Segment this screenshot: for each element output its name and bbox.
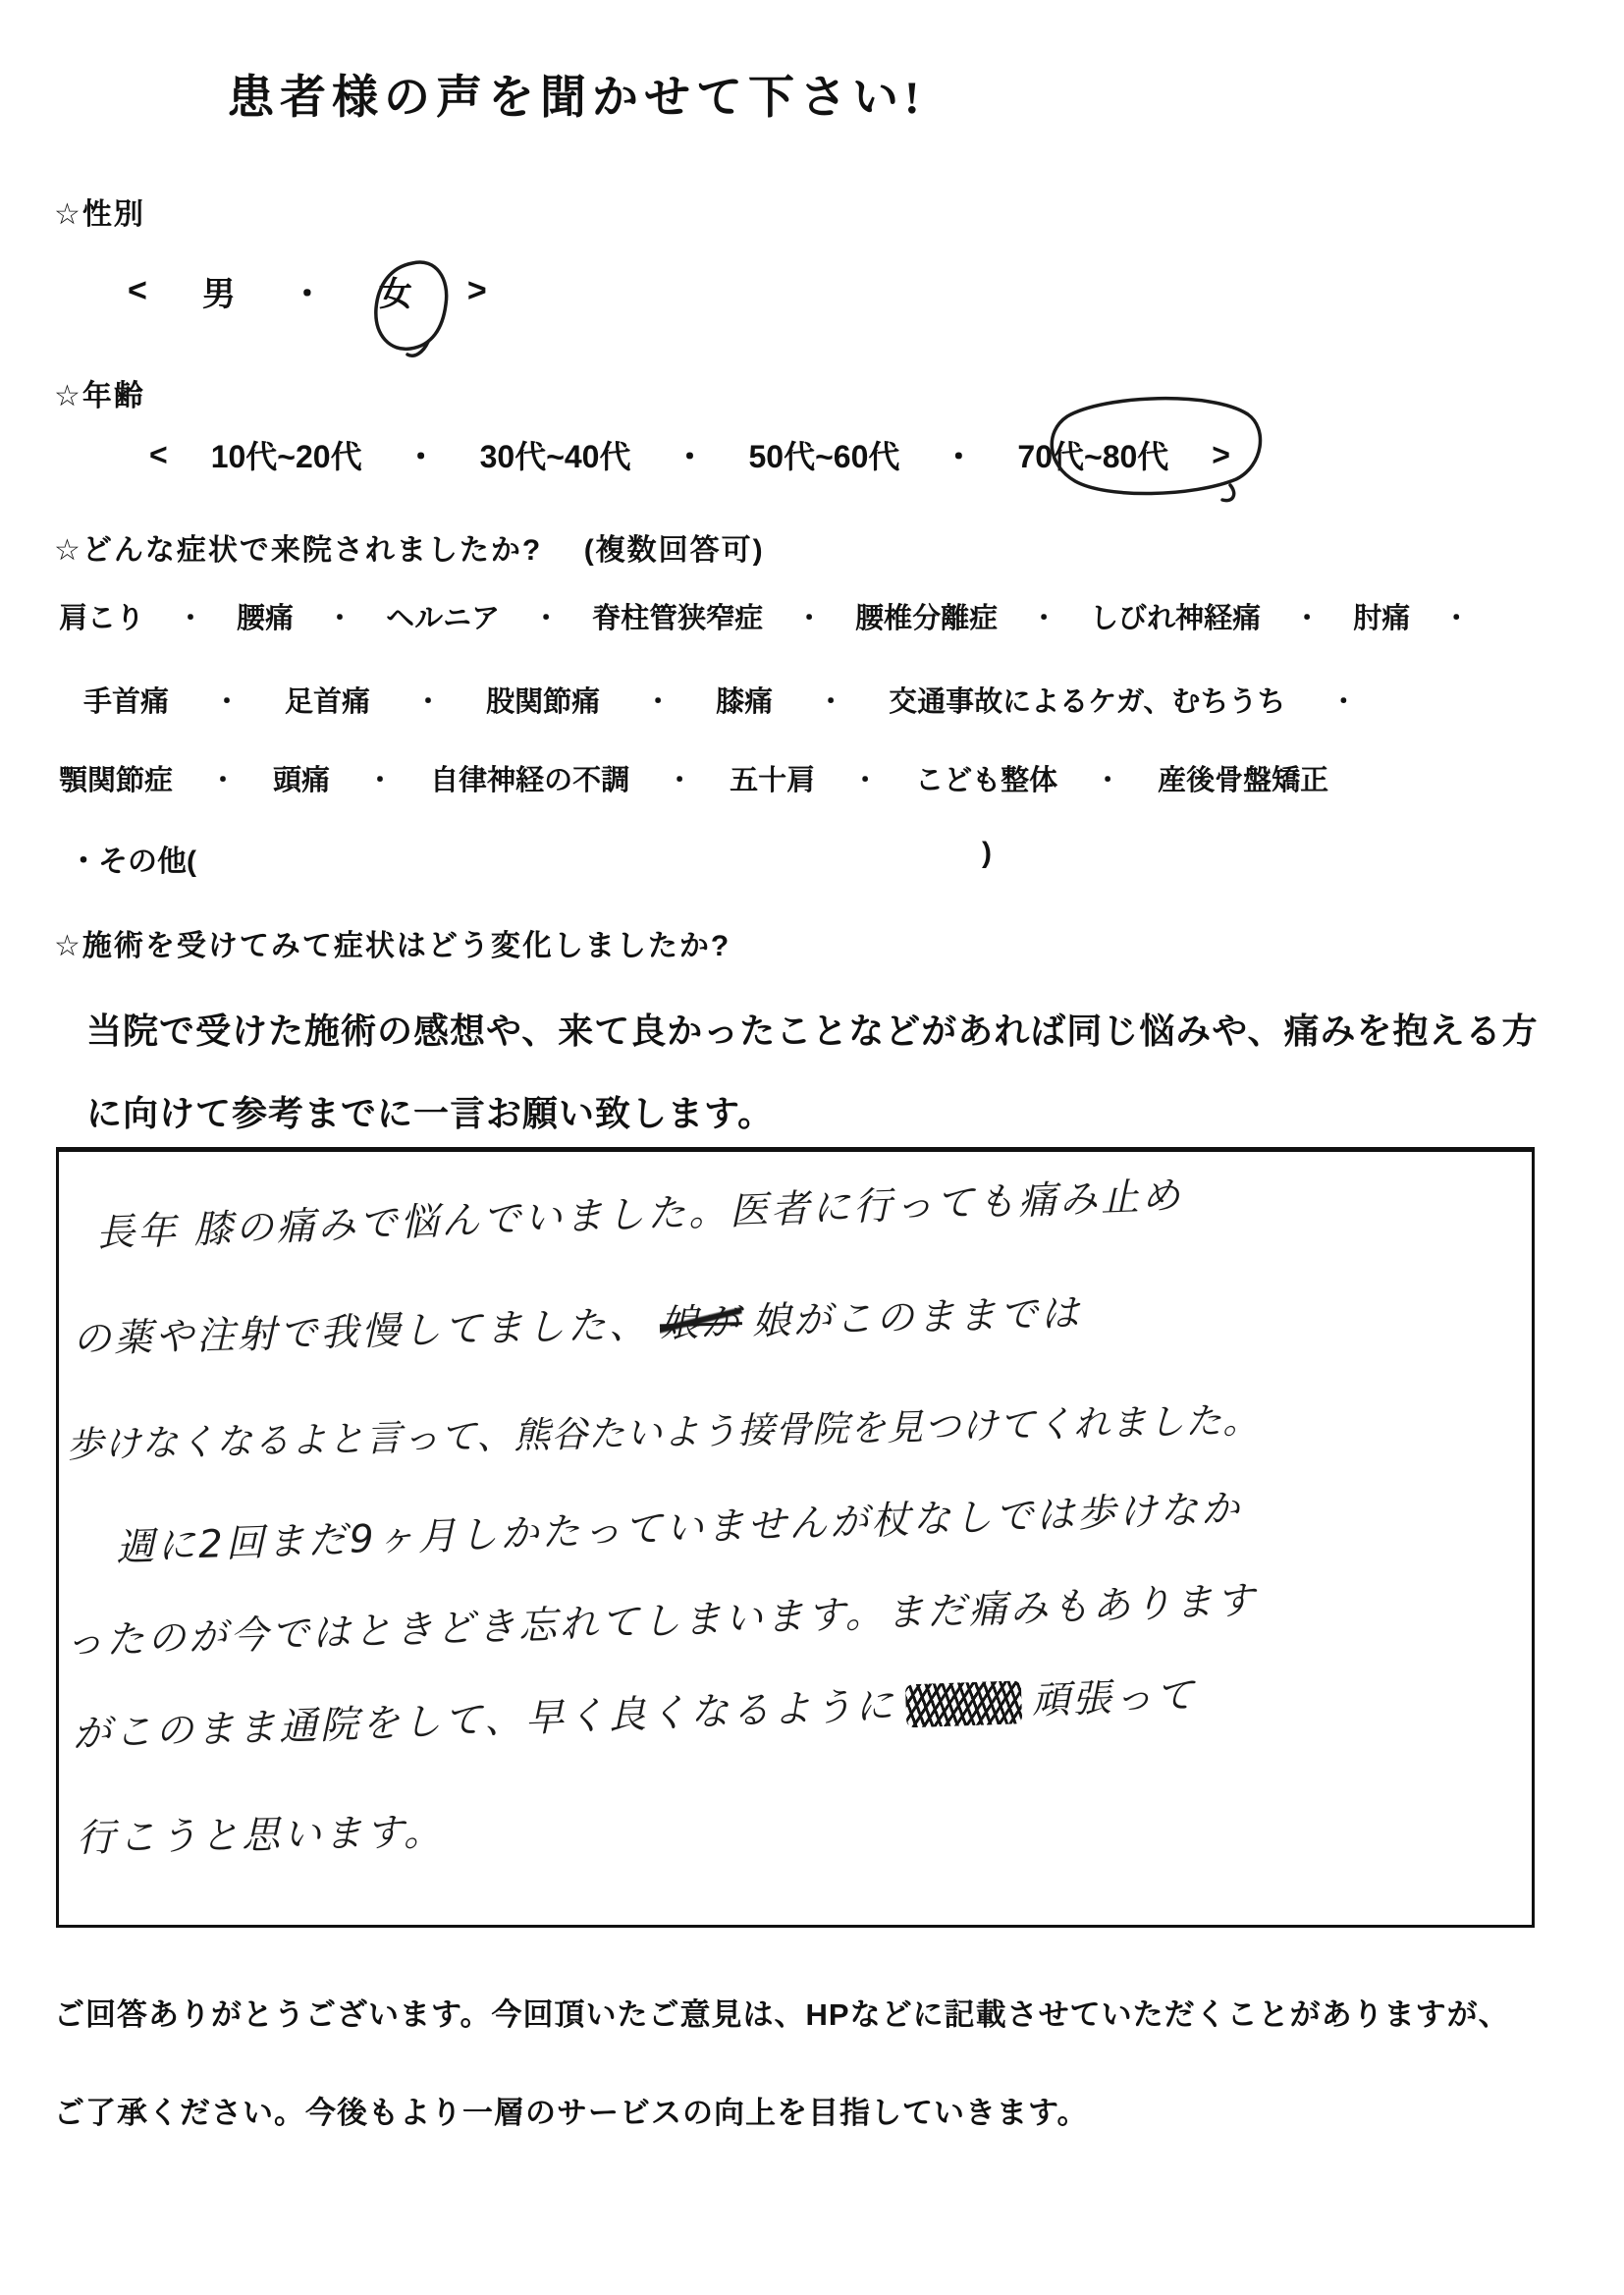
- symptom-ashikubi: 足首痛: [285, 680, 370, 720]
- crossed-out-word: 娘が: [659, 1291, 742, 1348]
- handdrawn-circle-female: [365, 255, 456, 361]
- bracket-open: <: [128, 272, 147, 310]
- symptom-hizatsuu: 膝痛: [716, 680, 773, 720]
- handwritten-line-1: 長年 膝の痛みで悩んでいました。医者に行っても痛み止め: [95, 1165, 1184, 1258]
- dot-separator: ・: [1294, 598, 1320, 634]
- dot-separator: ・: [178, 598, 203, 634]
- dot-separator: ・: [415, 682, 441, 718]
- dot-separator: ・: [1443, 598, 1469, 634]
- symptom-sango-kotsuban: 産後骨盤矯正: [1158, 758, 1328, 798]
- treatment-question: ☆施術を受けてみて症状はどう変化しましたか?: [54, 921, 731, 964]
- dot-separator: ・: [1095, 760, 1120, 796]
- dot-separator: ・: [667, 760, 692, 796]
- symptom-row-3: 顎関節症 ・ 頭痛 ・ 自律神経の不調 ・ 五十肩 ・ こども整体 ・ 産後骨盤…: [59, 758, 1328, 798]
- intro-line-1: 当院で受けた施術の感想や、来て良かったことなどがあれば同じ悩みや、痛みを抱える方: [86, 1004, 1539, 1054]
- age-option-50-60: 50代~60代: [749, 432, 900, 477]
- handwritten-line-7: 行こうと思います。: [77, 1801, 446, 1863]
- gender-label: ☆性別: [54, 190, 145, 233]
- handwritten-line-5: ったのが今ではときどき忘れてしまいます。まだ痛みもあります: [64, 1570, 1258, 1667]
- symptom-hernia: ヘルニア: [386, 596, 500, 636]
- symptom-katakori: 肩こり: [59, 596, 144, 636]
- symptom-jiko-muchiuchi: 交通事故によるケガ、むちうち: [889, 680, 1285, 720]
- symptom-youtsuu: 腰痛: [237, 596, 294, 636]
- dot-separator: ・: [533, 598, 559, 634]
- dot-separator: ・: [291, 267, 324, 315]
- symptom-kodomo-seitai: こども整体: [915, 758, 1057, 798]
- handwritten-line-6-post: 頑張って: [1031, 1673, 1197, 1723]
- dot-separator: ・: [367, 760, 393, 796]
- dot-separator: ・: [674, 432, 705, 477]
- symptom-hijitsuu: 肘痛: [1353, 596, 1410, 636]
- handwritten-line-2-pre: の薬や注射で我慢してました、: [73, 1303, 651, 1362]
- close-paren: ): [982, 837, 992, 870]
- dot-separator: ・: [1330, 682, 1356, 718]
- handdrawn-circle-age: [1036, 389, 1272, 507]
- dot-separator: ・: [406, 432, 437, 477]
- dot-separator: ・: [943, 432, 974, 477]
- symptom-row-2: 手首痛 ・ 足首痛 ・ 股関節痛 ・ 膝痛 ・ 交通事故によるケガ、むちうち ・: [83, 680, 1356, 720]
- symptom-jiritsushinkei: 自律神経の不調: [430, 758, 629, 798]
- footer-line-1: ご回答ありがとうございます。今回頂いたご意見は、HPなどに記載させていただくこと…: [54, 1990, 1510, 2034]
- age-option-30-40: 30代~40代: [480, 432, 631, 477]
- dot-separator: ・: [210, 760, 236, 796]
- dot-separator: ・: [1031, 598, 1056, 634]
- comment-box: 長年 膝の痛みで悩んでいました。医者に行っても痛み止め の薬や注射で我慢してまし…: [56, 1147, 1535, 1928]
- symptom-zutsuu: 頭痛: [273, 758, 330, 798]
- bracket-close: >: [467, 272, 487, 310]
- patient-feedback-form: 患者様の声を聞かせて下さい! ☆性別 < 男 ・ 女 > ☆年齢 < 10代~2…: [0, 0, 1624, 2295]
- symptoms-question-row: ☆どんな症状で来院されましたか? (複数回答可): [54, 525, 765, 569]
- dot-separator: ・: [327, 598, 352, 634]
- bracket-open: <: [149, 437, 168, 473]
- handwritten-line-4: 週に2回まだ9ヶ月しかたっていませんが杖なしでは歩けなか: [115, 1478, 1243, 1572]
- age-option-10-20: 10代~20代: [211, 432, 362, 477]
- symptom-other-row: ・その他(: [69, 837, 196, 880]
- symptom-shibire: しびれ神経痛: [1090, 596, 1261, 636]
- symptom-other-close: ): [982, 837, 992, 870]
- intro-line-2: に向けて参考までに一言お願い致します。: [86, 1086, 774, 1136]
- symptoms-question: ☆どんな症状で来院されましたか?: [54, 534, 542, 567]
- dot-separator: ・: [796, 598, 822, 634]
- handwritten-line-2: の薬や注射で我慢してました、娘が娘がこのままでは: [72, 1283, 1082, 1364]
- dot-separator: ・: [852, 760, 878, 796]
- symptom-tekubi: 手首痛: [83, 680, 169, 720]
- gender-option-male: 男: [202, 267, 236, 315]
- symptom-youtsui-bunri: 腰椎分離症: [855, 596, 998, 636]
- symptom-gojuukata: 五十肩: [730, 758, 815, 798]
- dot-separator: ・: [818, 682, 843, 718]
- scribbled-out-word: [905, 1680, 1022, 1727]
- symptom-gakukansetsu: 顎関節症: [59, 758, 173, 798]
- symptom-row-1: 肩こり ・ 腰痛 ・ ヘルニア ・ 脊柱管狭窄症 ・ 腰椎分離症 ・ しびれ神経…: [59, 596, 1469, 636]
- footer-line-2: ご了承ください。今後もより一層のサービスの向上を目指していきます。: [54, 2088, 1089, 2132]
- age-label: ☆年齢: [54, 371, 145, 414]
- handwritten-line-6: がこのまま通院をして、早く良くなるように頑張って: [72, 1665, 1198, 1759]
- handwritten-line-6-pre: がこのまま通院をして、早く良くなるように: [72, 1684, 896, 1757]
- symptom-kokansetsu: 股関節痛: [486, 680, 600, 720]
- symptom-sekichuukan: 脊柱管狭窄症: [592, 596, 763, 636]
- symptoms-note: (複数回答可): [584, 534, 765, 567]
- handwritten-line-2-post: 娘がこのままでは: [751, 1291, 1082, 1344]
- symptom-other-label: ・その他(: [69, 837, 196, 880]
- dot-separator: ・: [214, 682, 240, 718]
- page-title: 患者様の声を聞かせて下さい!: [228, 61, 926, 127]
- handwritten-line-3: 歩けなくなるよと言って、熊谷たいよう接骨院を見つけてくれました。: [66, 1391, 1260, 1468]
- dot-separator: ・: [645, 682, 671, 718]
